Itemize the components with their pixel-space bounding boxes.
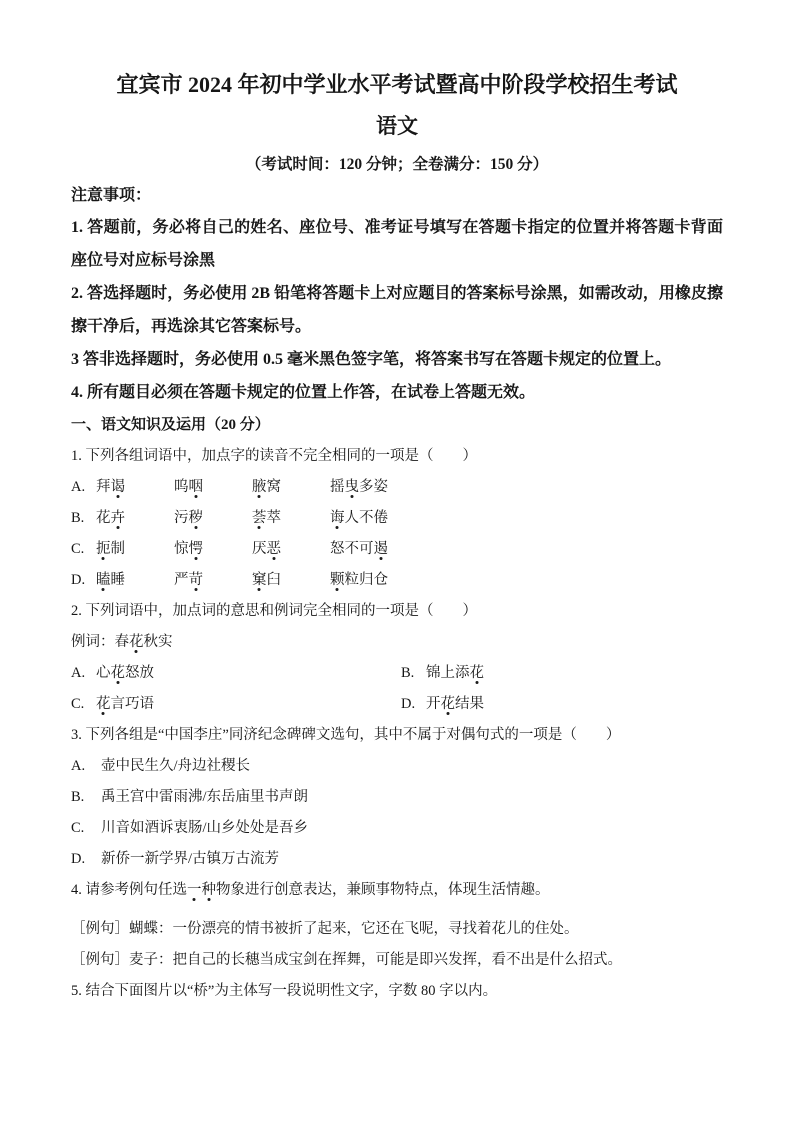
emphasized-char: 咽: [189, 479, 204, 495]
notice-item-3: 3 答非选择题时，务必使用 0.5 毫米黑色签字笔，将答案书写在答题卡规定的位置…: [71, 343, 723, 376]
question-2-example-word: 例词：春花秋实: [71, 627, 723, 658]
option-label: A.: [71, 751, 101, 782]
option-label: B.: [71, 782, 101, 813]
question-3-stem: 3. 下列各组是“中国李庄”同济纪念碑碑文选句，其中不属于对偶句式的一项是（ ）: [71, 720, 723, 751]
option-word: 开花结果: [426, 689, 484, 720]
option-word: 严苛: [174, 565, 252, 596]
question-2-option-b: B.锦上添花: [401, 658, 484, 689]
question-4-example-2: ［例句］麦子：把自己的长穗当成宝剑在挥舞，可能是即兴发挥，看不出是什么招式。: [71, 945, 723, 976]
option-label: C.: [71, 689, 96, 720]
option-word: 扼制: [96, 534, 174, 565]
option-word: 惊愕: [174, 534, 252, 565]
emphasized-char: 荟: [252, 510, 267, 526]
option-label: D.: [71, 565, 96, 596]
emphasized-char: 诲: [330, 510, 345, 526]
option-label: C.: [71, 534, 96, 565]
question-2-option-row-2: C.花言巧语 D.开花结果: [71, 689, 723, 720]
option-word: 锦上添花: [426, 658, 484, 689]
option-label: B.: [71, 503, 96, 534]
option-label: D.: [401, 689, 426, 720]
option-label: D.: [71, 844, 101, 875]
question-2-option-d: D.开花结果: [401, 689, 484, 720]
question-1-stem: 1. 下列各组词语中，加点字的读音不完全相同的一项是（ ）: [71, 441, 723, 472]
emphasized-char: 愕: [189, 541, 204, 557]
emphasized-char: 曳: [345, 479, 360, 495]
emphasized-char: 谒: [111, 479, 126, 495]
option-text: 新侨一新学界/古镇万古流芳: [101, 851, 279, 867]
option-label: A.: [71, 472, 96, 503]
emphasized-char: 苛: [189, 572, 204, 588]
question-3-option-b: B.禹王宫中雷雨沸/东岳庙里书声朗: [71, 782, 723, 813]
question-2-option-a: A.心花怒放: [71, 658, 401, 689]
option-label: A.: [71, 658, 96, 689]
option-word: 怒不可遏: [330, 534, 388, 565]
question-2-stem: 2. 下列词语中，加点词的意思和例词完全相同的一项是（ ）: [71, 596, 723, 627]
option-word: 拜谒: [96, 472, 174, 503]
emphasized-char: 花: [111, 665, 126, 681]
emphasized-char: 颗: [330, 572, 345, 588]
notice-item-2: 2. 答选择题时，务必使用 2B 铅笔将答题卡上对应题目的答案标号涂黑，如需改动…: [71, 277, 723, 343]
question-1-option-a: A.拜谒呜咽腋窝摇曳多姿: [71, 472, 723, 503]
question-3-option-c: C.川音如酒诉衷肠/山乡处处是吾乡: [71, 813, 723, 844]
option-word: 污秽: [174, 503, 252, 534]
emphasized-char: 花: [470, 665, 485, 681]
option-word: 窠臼: [252, 565, 330, 596]
option-text: 禹王宫中雷雨沸/东岳庙里书声朗: [101, 789, 308, 805]
option-text: 川音如酒诉衷肠/山乡处处是吾乡: [101, 820, 308, 836]
option-word: 花卉: [96, 503, 174, 534]
emphasized-char: 种: [202, 882, 217, 898]
option-label: C.: [71, 813, 101, 844]
emphasized-char: 恶: [267, 541, 282, 557]
emphasized-char: 卉: [111, 510, 126, 526]
question-1-option-c: C.扼制惊愕厌恶怒不可遏: [71, 534, 723, 565]
option-word: 厌恶: [252, 534, 330, 565]
emphasized-char: 瞌: [96, 572, 111, 588]
option-word: 心花怒放: [96, 658, 154, 689]
option-text: 壶中民生久/舟边社稷长: [101, 758, 250, 774]
emphasized-char: 秽: [189, 510, 204, 526]
subject-title: 语文: [71, 111, 723, 141]
option-word: 花言巧语: [96, 689, 154, 720]
option-word: 荟萃: [252, 503, 330, 534]
question-2-option-row-1: A.心花怒放 B.锦上添花: [71, 658, 723, 689]
question-4-example-1: ［例句］蝴蝶：一份漂亮的情书被折了起来，它还在飞呢，寻找着花儿的住处。: [71, 914, 723, 945]
option-word: 腋窝: [252, 472, 330, 503]
notice-heading: 注意事项：: [71, 181, 723, 211]
question-1-option-b: B.花卉污秽荟萃诲人不倦: [71, 503, 723, 534]
question-3-option-d: D.新侨一新学界/古镇万古流芳: [71, 844, 723, 875]
emphasized-char: 一: [187, 882, 202, 898]
notice-item-4: 4. 所有题目必须在答题卡规定的位置上作答，在试卷上答题无效。: [71, 376, 723, 409]
exam-title: 宜宾市 2024 年初中学业水平考试暨高中阶段学校招生考试: [71, 70, 723, 100]
option-word: 摇曳多姿: [330, 472, 388, 503]
question-5-stem: 5. 结合下面图片以“桥”为主体写一段说明性文字，字数 80 字以内。: [71, 976, 723, 1007]
emphasized-char: 遏: [374, 541, 389, 557]
section-1-heading: 一、语文知识及运用（20 分）: [71, 409, 723, 441]
emphasized-char: 花: [129, 634, 144, 650]
emphasized-char: 扼: [96, 541, 111, 557]
question-3-option-a: A.壶中民生久/舟边社稷长: [71, 751, 723, 782]
option-word: 瞌睡: [96, 565, 174, 596]
exam-paper-page: 宜宾市 2024 年初中学业水平考试暨高中阶段学校招生考试 语文 （考试时间：1…: [0, 0, 793, 1122]
question-4-stem: 4. 请参考例句任选一种物象进行创意表达，兼顾事物特点，体现生活情趣。: [71, 875, 723, 906]
option-word: 诲人不倦: [330, 503, 388, 534]
option-word: 呜咽: [174, 472, 252, 503]
emphasized-char: 花: [441, 696, 456, 712]
exam-info: （考试时间：120 分钟；全卷满分：150 分）: [71, 154, 723, 176]
emphasized-char: 窠: [252, 572, 267, 588]
option-word: 颗粒归仓: [330, 565, 388, 596]
notice-item-1: 1. 答题前，务必将自己的姓名、座位号、准考证号填写在答题卡指定的位置并将答题卡…: [71, 211, 723, 277]
emphasized-char: 花: [96, 696, 111, 712]
question-1-option-d: D.瞌睡严苛窠臼颗粒归仓: [71, 565, 723, 596]
emphasized-char: 腋: [252, 479, 267, 495]
question-2-option-c: C.花言巧语: [71, 689, 401, 720]
option-label: B.: [401, 658, 426, 689]
